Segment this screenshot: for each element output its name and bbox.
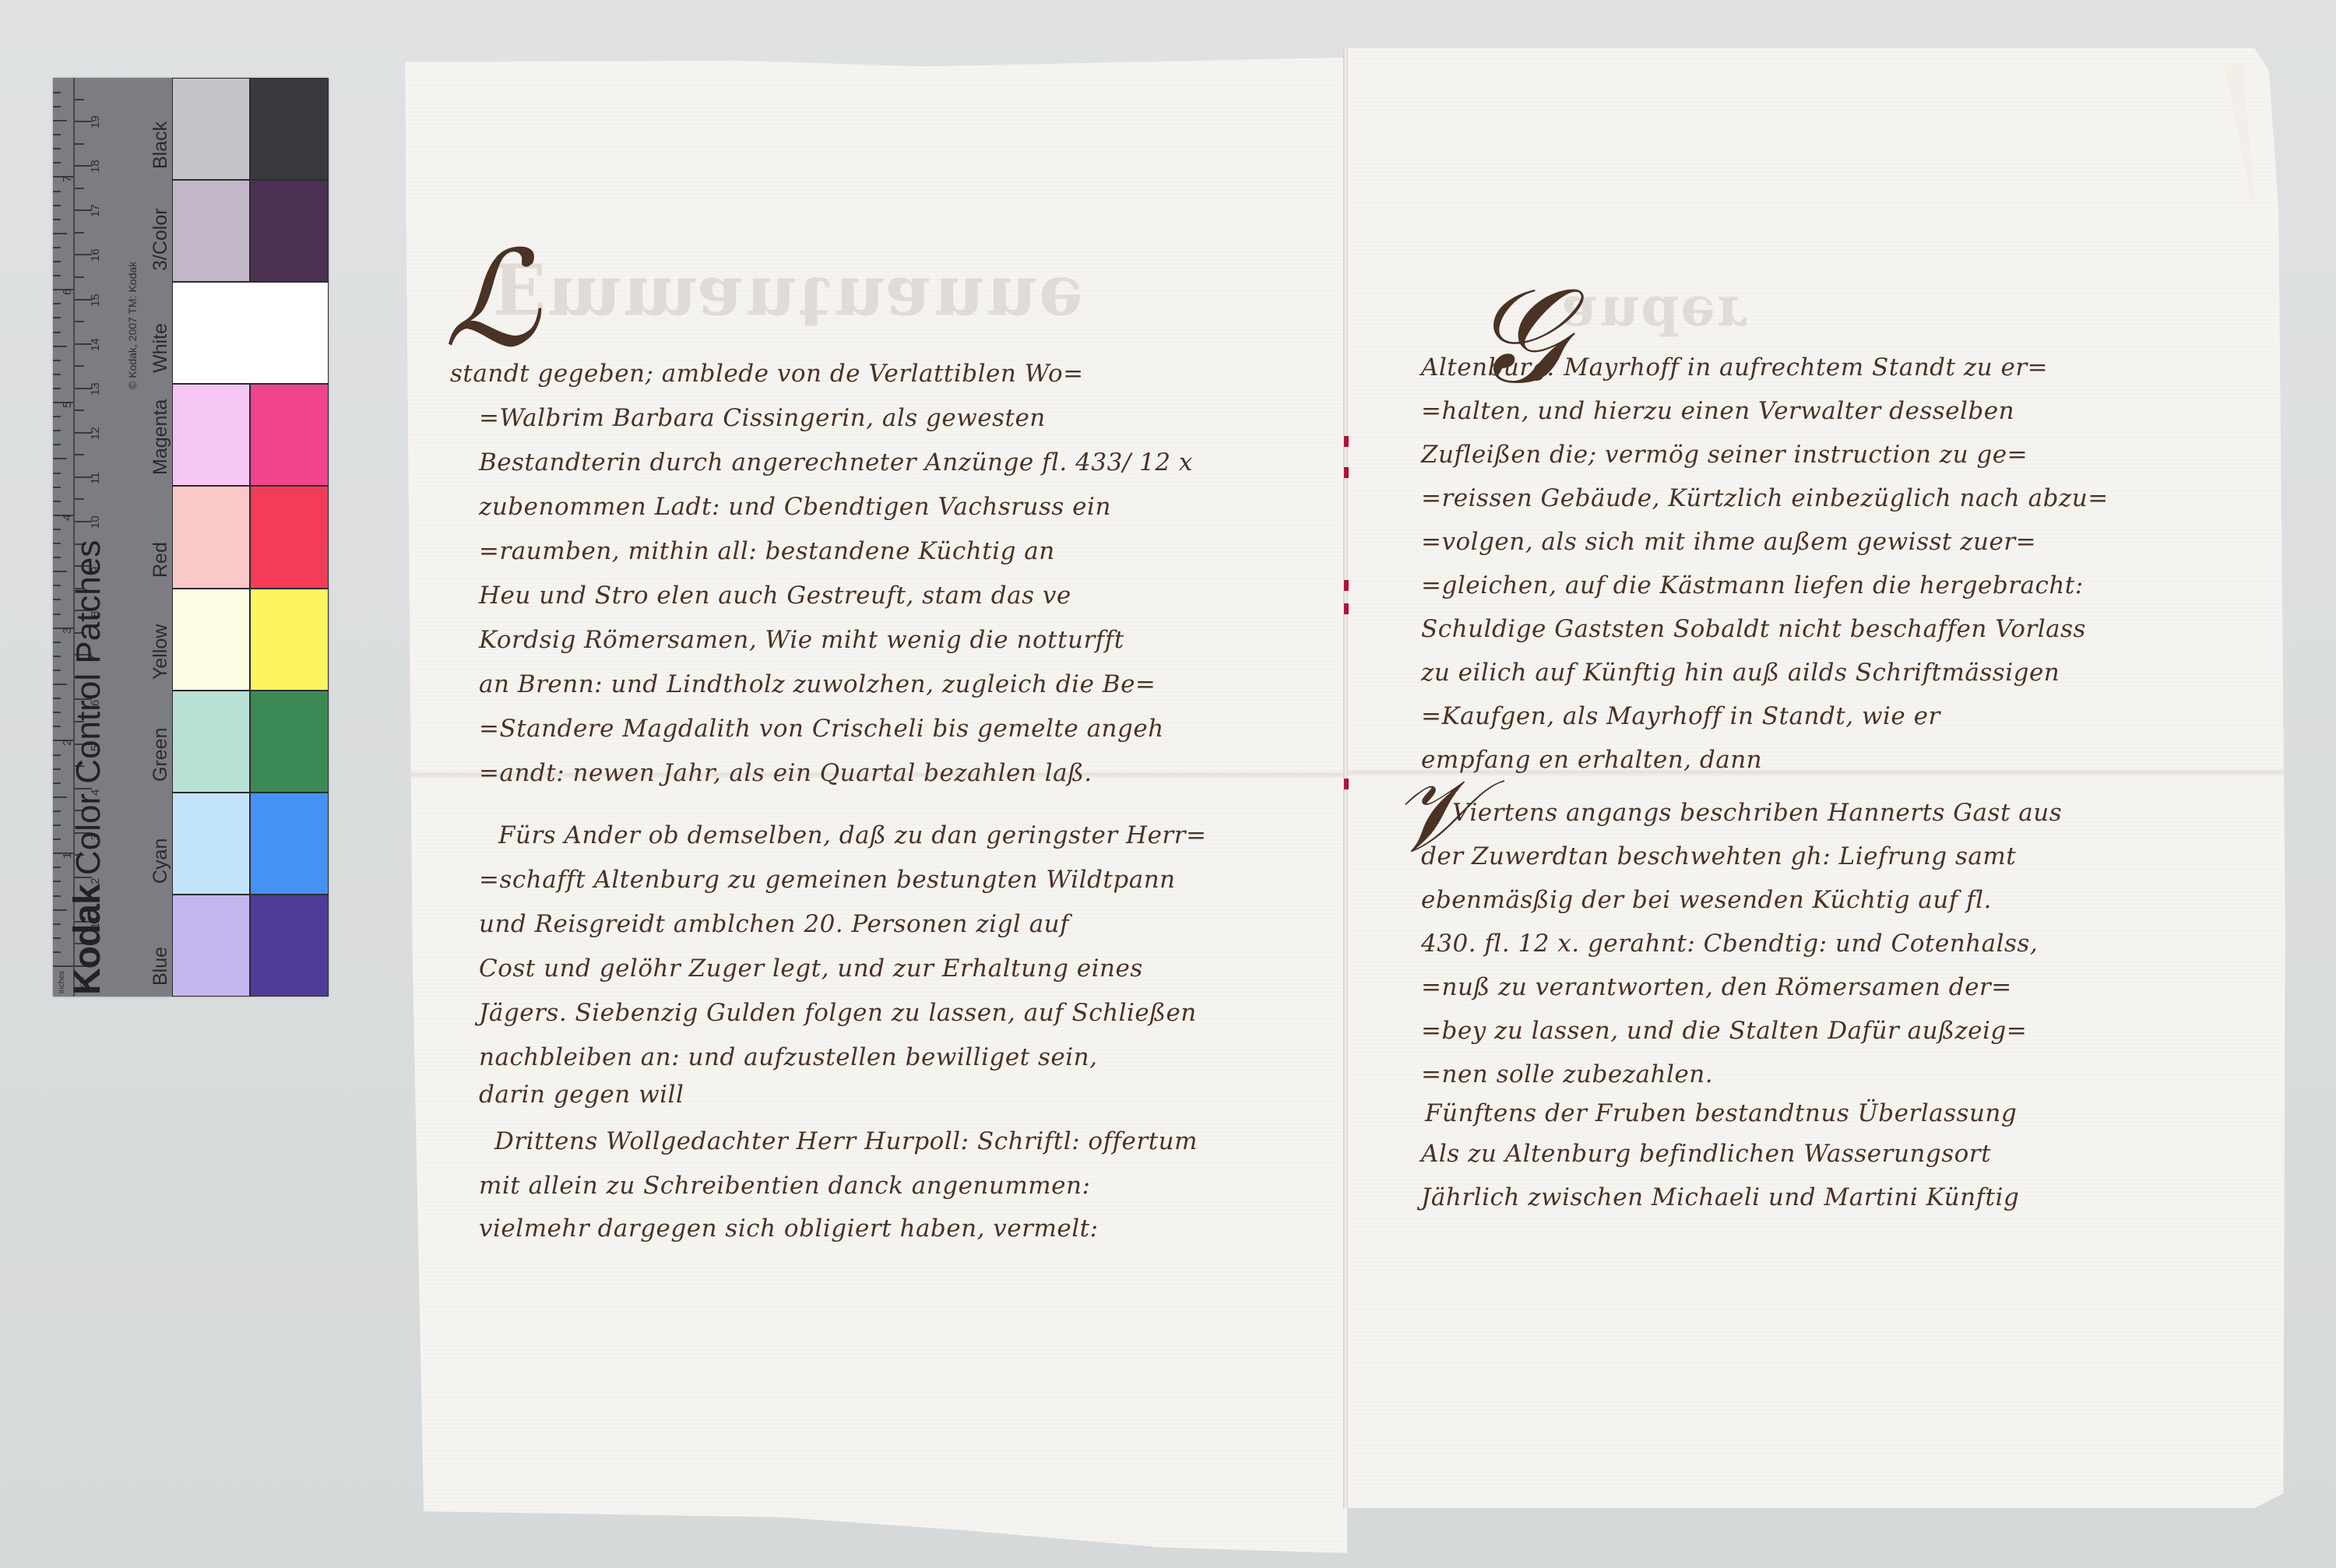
handwritten-line: Bestandterin durch angerechneter Anzünge… [479,451,1193,475]
handwritten-line: Altenburg: Mayrhoff in aufrechtem Standt… [1421,356,2048,380]
color-patch-black-dark [250,78,329,180]
ruler-tick-inch [53,458,67,459]
handwritten-line: Fürs Ander ob demselben, daß zu dan geri… [498,824,1207,848]
ruler-tick-inch [53,768,61,770]
ruler-tick-cm [75,188,84,189]
ruler-tick-inch [53,120,67,121]
handwritten-line: =Kaufgen, als Mayrhoff in Standt, wie er [1421,705,1940,729]
ruler-tick-inch [53,613,61,615]
ruler-tick-inch [53,92,61,93]
ruler-tick-inch [53,881,61,882]
color-patch-yellow-light [172,589,250,691]
ruler-cm-number: 18 [89,160,102,174]
ruler-inch-number: 4 [61,514,74,520]
binding-thread [1344,779,1349,789]
handwritten-line: zubenommen Ladt: und Cbendtigen Vachsrus… [479,495,1111,519]
handwritten-line: =Walbrim Barbara Cissingerin, als gewest… [479,406,1046,431]
handwritten-line: Als zu Altenburg befindlichen Wasserungs… [1421,1142,1991,1166]
handwritten-line: =bey zu lassen, und die Stalten Dafür au… [1421,1019,2027,1043]
handwritten-line: Schuldige Gaststen Sobaldt nicht beschaf… [1421,617,2086,642]
ruler-tick-inch [53,317,61,318]
ruler-tick-inch [53,543,61,544]
ruler-cm-number: 19 [89,115,102,128]
color-patch-yellow-dark [250,589,329,691]
ruler-tick-inch [53,867,61,868]
decorative-initial: 𝒢 [1472,270,1566,403]
handwritten-line: Fünftens der Fruben bestandtnus Überlass… [1425,1102,2017,1126]
ruler-tick-inch [53,360,61,361]
handwritten-line: 430. fl. 12 x. gerahnt: Cbendtig: und Co… [1421,932,2038,956]
card-title: Color Control Patches [69,540,107,875]
handwritten-line: darin gegen will [479,1083,684,1107]
color-patch-cyan-dark [250,793,329,895]
ruler-inch-number: 6 [61,289,74,295]
color-patch-green-dark [250,691,329,793]
ruler-tick-inch [53,726,61,727]
handwritten-line: =nen solle zubezahlen. [1421,1063,1713,1087]
handwritten-line: Cost und gelöhr Zuger legt, und zur Erha… [479,957,1143,981]
ruler-tick-inch [53,838,61,840]
ruler-cm-number: 10 [89,515,102,529]
show-through-ink: ǝuuɐuʇuɐɯɯƎ [491,249,1083,332]
handwritten-line: =reissen Gebäude, Kürtzlich einbezüglich… [1421,487,2109,511]
show-through-ink: ɹǝpuɐ [1561,274,1748,339]
ruler-cm-number: 12 [89,427,102,440]
patch-label: Black [150,121,172,169]
ruler-tick-inch [53,909,67,911]
handwritten-line: Drittens Wollgedachter Herr Hurpoll: Sch… [494,1130,1198,1154]
handwritten-line: =volgen, als sich mit ihme außem gewisst… [1421,530,2036,554]
handwritten-line: Kordsig Römersamen, Wie miht wenig die n… [479,628,1124,652]
ruler-tick-inch [53,923,61,925]
binding-thread [1344,603,1349,614]
color-patch-red-dark [250,486,329,588]
ruler-tick-inch [53,487,61,488]
ruler-tick-inch [53,557,61,558]
ruler-tick-cm [75,232,84,234]
ruler-tick-inch [53,585,61,586]
ruler-tick-inch [53,824,61,826]
ruler-tick-cm [75,143,84,145]
color-patch-cyan-light [172,793,250,895]
ruler-tick-inch [53,374,61,375]
color-patch-magenta-light [172,384,250,486]
ruler-inch-number: 5 [61,402,74,408]
handwritten-line: =andt: newen Jahr, als ein Quartal bezah… [479,761,1092,786]
ruler-tick-inch [53,810,61,812]
ruler-cm-number: 17 [89,205,102,218]
ruler-tick-cm [75,498,84,500]
ruler-tick-inch [53,261,61,262]
handwritten-line: Jährlich zwischen Michaeli und Martini K… [1421,1186,2019,1210]
patch-label: Magenta [150,399,172,475]
patch-label: Yellow [150,624,172,679]
patch-label: Red [150,542,172,578]
handwritten-line: =gleichen, auf die Kästmann liefen die h… [1421,574,2084,598]
color-patch-3-color-dark [250,180,329,282]
handwritten-line: Jägers. Siebenzig Gulden folgen zu lasse… [479,1001,1197,1025]
ruler-tick-inch [53,106,61,107]
ruler-tick-cm [75,321,84,322]
ruler-tick-inch [53,656,61,657]
ruler-cm-number: 15 [89,294,102,307]
handwritten-line: nachbleiben an: und aufzustellen bewilli… [479,1046,1097,1070]
ruler-tick-inch [53,712,61,713]
ruler-tick-inch [53,529,61,530]
ruler-tick-inch [53,388,61,389]
color-patch-green-light [172,691,250,793]
color-patch-blue-dark [250,895,329,997]
handwritten-line: vielmehr dargegen sich obligiert haben, … [479,1217,1099,1241]
ruler-tick-inch [53,951,61,953]
ruler-tick-inch [53,501,61,502]
manuscript-left-page: ǝuuɐuʇuɐɯɯƎ ℒ standt gegeben; amblede vo… [405,54,1347,1553]
color-patch-3-color-light [172,180,250,282]
ruler-tick-inch [53,937,61,939]
ruler-tick-inch [53,233,67,234]
copyright-text: © Kodak, 2007 TM: Kodak [126,262,139,389]
handwritten-line: Viertens angangs beschriben Hannerts Gas… [1452,801,2062,825]
handwritten-line: zu eilich auf Künftig hin auß ailds Schr… [1421,661,2060,685]
ruler-tick-cm [75,276,84,278]
ruler-tick-inch [53,895,61,897]
color-patch-white [172,282,329,384]
binding-thread [1344,436,1349,447]
ruler-tick-inch [53,599,61,600]
ruler-cm-number: 11 [89,472,102,484]
handwritten-line: =halten, und hierzu einen Verwalter dess… [1421,399,2014,424]
handwritten-line: =schafft Altenburg zu gemeinen bestungte… [479,868,1176,892]
ruler-tick-inch [53,782,61,784]
ruler-tick-inch [53,303,61,304]
ruler-tick-inch [53,430,61,431]
ruler-tick-inch [53,134,61,135]
color-patch-blue-light [172,895,250,997]
ruler-tick-inch [53,275,61,276]
binding-thread [1344,467,1349,478]
ruler-tick-cm [75,454,84,455]
ruler-tick-inch [53,332,61,333]
ruler-tick-inch [53,219,61,220]
brand-title: Kodak Color Control Patches [66,540,109,995]
handwritten-line: Heu und Stro elen auch Gestreuft, stam d… [479,584,1071,608]
ruler-tick-inch [53,205,61,206]
ruler-tick-inch [53,162,61,163]
decorative-initial: ℒ [444,234,539,366]
ruler-cm-number: 14 [89,338,102,351]
ruler-tick-cm [75,410,84,411]
binding-thread [1344,580,1349,591]
ruler-tick-cm [75,99,84,100]
manuscript-right-page: ɹǝpuɐ 𝒢 𝒱 Altenburg: Mayrhoff in aufrech… [1343,48,2303,1508]
ruler-tick-inch [53,191,61,192]
ruler-tick-inch [53,670,61,671]
ruler-tick-inch [53,346,67,347]
handwritten-line: standt gegeben; amblede von de Verlattib… [450,362,1084,386]
handwritten-line: =raumben, mithin all: bestandene Küchtig… [479,540,1055,564]
handwritten-line: ebenmäsßig der bei wesenden Küchtig auf … [1421,888,1992,912]
handwritten-line: Zufleißen die; vermög seiner instruction… [1421,443,2028,467]
patch-label: Cyan [150,838,172,884]
color-patches [172,78,329,997]
ruler-tick-inch [53,642,61,643]
handwritten-line: empfang en erhalten, dann [1421,748,1762,772]
ruler-tick-inch [53,571,67,572]
ruler-tick-inch [53,473,61,474]
ruler-tick-inch [53,247,61,248]
ruler-tick-inch [53,148,61,149]
ruler-tick-inch [53,684,67,685]
ruler-tick-cm [75,365,84,367]
patch-label: Blue [150,947,172,986]
patch-label: Green [150,727,172,781]
brand-name: Kodak [67,884,108,995]
ruler-cm-number: 13 [89,382,102,396]
handwritten-line: mit allein zu Schreibentien danck angenu… [479,1174,1090,1198]
color-patch-black-light [172,78,250,180]
ruler-tick-inch [53,754,61,756]
handwritten-line: =nuß zu verantworten, den Römersamen der… [1421,976,2012,1000]
patch-label: 3/Color [150,209,172,272]
ruler-tick-inch [53,698,61,699]
ruler-inch-number: 7 [61,176,74,182]
ruler-tick-inch [53,444,61,445]
patch-label: White [150,323,172,373]
ruler-tick-inch [53,416,61,417]
color-patch-red-light [172,486,250,588]
kodak-color-control-card: 123456712345678910111213141516171819 inc… [53,78,329,997]
handwritten-line: der Zuwerdtan beschwehten gh: Liefrung s… [1421,845,2016,869]
handwritten-line: an Brenn: und Lindtholz zuwolzhen, zugle… [479,673,1156,697]
handwritten-line: =Standere Magdalith von Crischeli bis ge… [479,717,1164,741]
ruler-tick-inch [53,796,67,798]
ruler-cm-number: 16 [89,249,102,262]
color-patch-magenta-dark [250,384,329,486]
handwritten-line: und Reisgreidt amblchen 20. Personen zig… [479,912,1069,937]
ruler-inches-label: inches [58,971,66,993]
